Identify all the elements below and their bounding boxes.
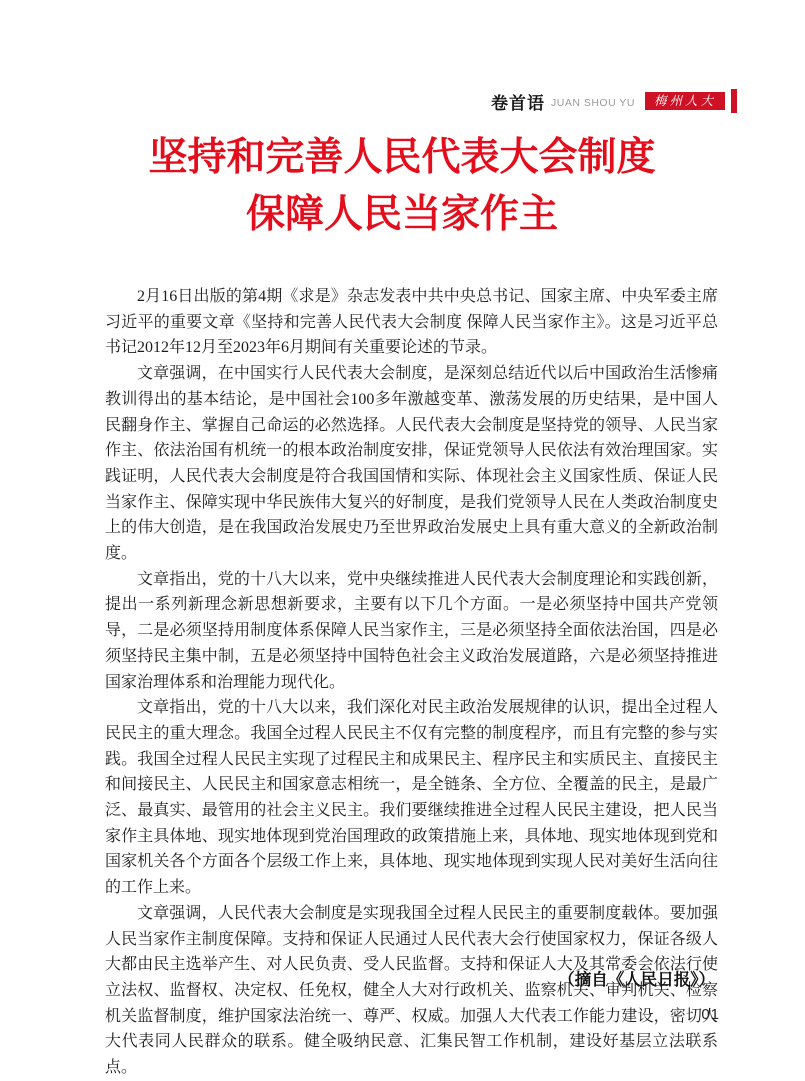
brand-badge: 梅州人大: [645, 92, 725, 110]
article-title-line1: 坚持和完善人民代表大会制度: [92, 129, 712, 186]
paragraph-4: 文章指出，党的十八大以来，我们深化对民主政治发展规律的认识，提出全过程人民民主的…: [105, 695, 718, 901]
paragraph-5: 文章强调，人民代表大会制度是实现我国全过程人民民主的重要制度载体。要加强人民当家…: [105, 901, 718, 1081]
paragraph-1: 2月16日出版的第4期《求是》杂志发表中共中央总书记、国家主席、中央军委主席习近…: [105, 284, 718, 361]
paragraph-2: 文章强调，在中国实行人民代表大会制度，是深刻总结近代以后中国政治生活惨痛教训得出…: [105, 361, 718, 567]
article-title-line2: 保障人民当家作主: [92, 186, 712, 243]
magazine-page: 卷首语 JUAN SHOU YU 梅州人大 坚持和完善人民代表大会制度 保障人民…: [0, 0, 805, 1081]
source-attribution: （摘自《人民日报》）: [558, 966, 715, 990]
article-body: 2月16日出版的第4期《求是》杂志发表中共中央总书记、国家主席、中央军委主席习近…: [105, 284, 718, 1081]
paragraph-3: 文章指出，党的十八大以来，党中央继续推进人民代表大会制度理论和实践创新，提出一系…: [105, 567, 718, 696]
section-title-chinese: 卷首语: [491, 89, 545, 114]
article-title: 坚持和完善人民代表大会制度 保障人民当家作主: [92, 129, 712, 243]
section-title-pinyin: JUAN SHOU YU: [551, 97, 635, 109]
header-accent-bar: [731, 89, 737, 113]
page-header: 卷首语 JUAN SHOU YU 梅州人大: [0, 88, 737, 114]
page-number: 01: [701, 1006, 720, 1023]
